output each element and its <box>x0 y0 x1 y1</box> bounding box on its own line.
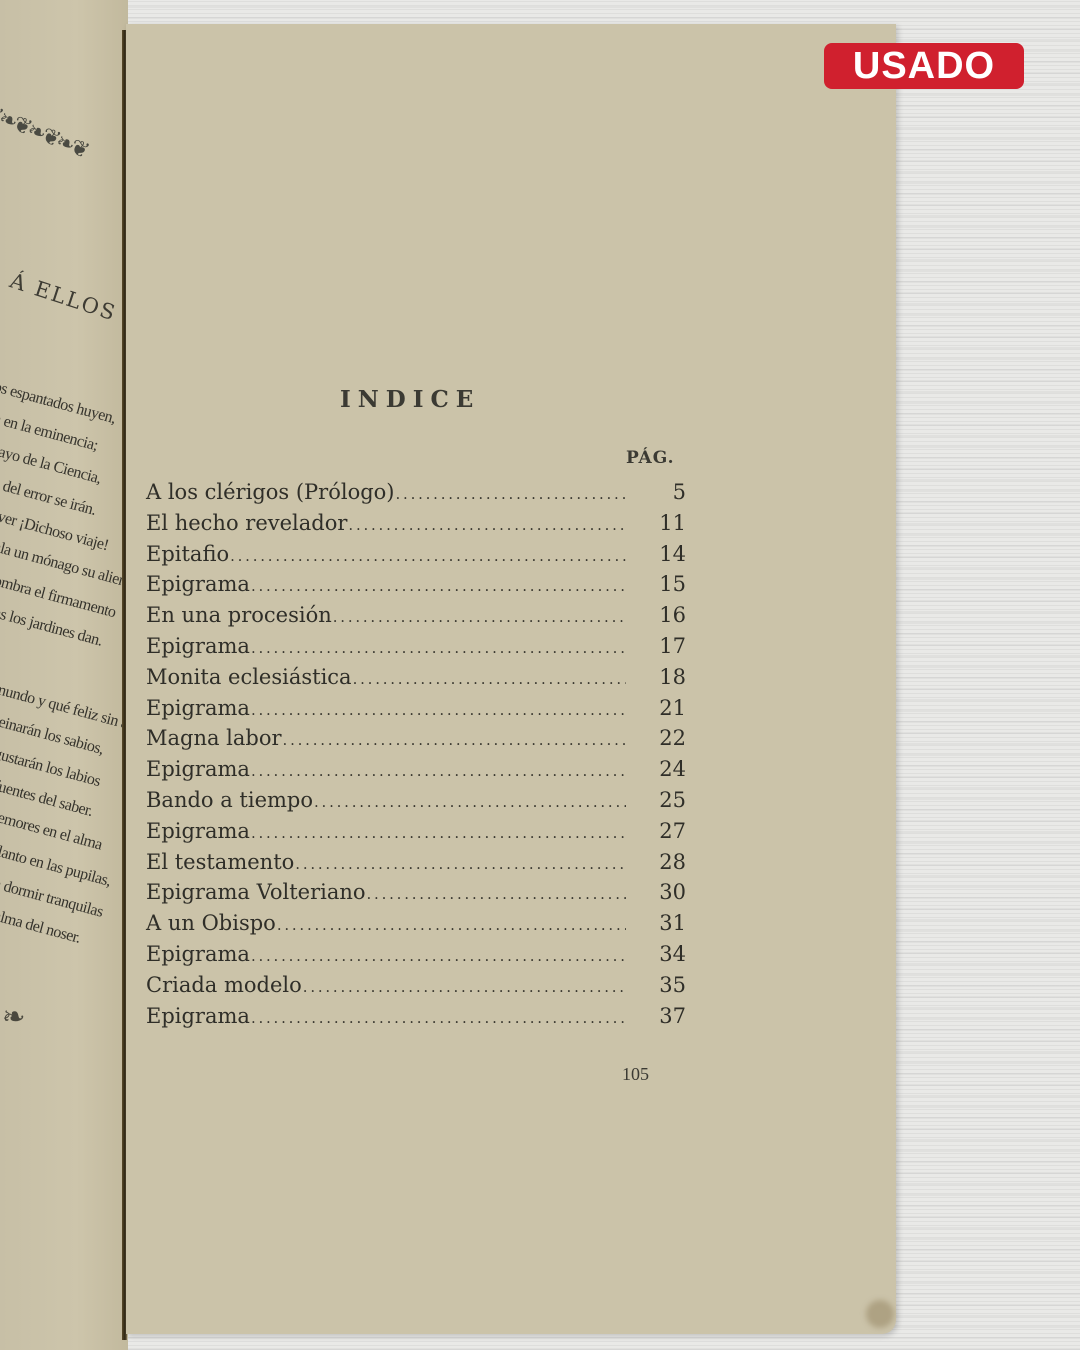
toc-entry: Epigrama34 <box>146 942 686 973</box>
toc-entry-page: 34 <box>630 942 686 966</box>
toc-entry-page: 11 <box>630 511 686 535</box>
index-page: INDICE PÁG. A los clérigos (Prólogo)5El … <box>126 24 896 1334</box>
page-number: 105 <box>622 1064 649 1085</box>
toc-entry-page: 18 <box>630 665 686 689</box>
table-of-contents: A los clérigos (Prólogo)5El hecho revela… <box>146 480 686 1034</box>
toc-entry-page: 24 <box>630 757 686 781</box>
toc-entry-title: Criada modelo <box>146 973 302 997</box>
dot-leader <box>230 547 626 565</box>
dot-leader <box>251 762 626 780</box>
flourish-ornament-icon: ❧ <box>2 1000 25 1033</box>
toc-entry: Magna labor22 <box>146 726 686 757</box>
toc-entry: El hecho revelador11 <box>146 511 686 542</box>
dot-leader <box>333 608 626 626</box>
toc-entry-title: Epigrama <box>146 634 250 658</box>
toc-entry-page: 31 <box>630 911 686 935</box>
toc-entry: Criada modelo35 <box>146 973 686 1004</box>
toc-entry-title: El hecho revelador <box>146 511 347 535</box>
toc-entry-title: Epigrama <box>146 572 250 596</box>
toc-entry: Epitafio14 <box>146 542 686 573</box>
dot-leader <box>367 885 626 903</box>
toc-entry-page: 17 <box>630 634 686 658</box>
toc-entry: Epigrama24 <box>146 757 686 788</box>
toc-entry-title: A los clérigos (Prólogo) <box>146 480 395 504</box>
toc-entry-page: 14 <box>630 542 686 566</box>
toc-entry-page: 35 <box>630 973 686 997</box>
index-title: INDICE <box>340 386 480 413</box>
toc-entry-page: 30 <box>630 880 686 904</box>
toc-entry-page: 21 <box>630 696 686 720</box>
left-facing-page: ❦❧❦❧❦❧❦ Á ELLOS os espantados huyen,a en… <box>0 0 128 1350</box>
toc-entry: Epigrama Volteriano30 <box>146 880 686 911</box>
toc-entry-page: 16 <box>630 603 686 627</box>
toc-entry-title: A un Obispo <box>146 911 276 935</box>
toc-entry-title: Monita eclesiástica <box>146 665 352 689</box>
dot-leader <box>314 793 626 811</box>
toc-entry-page: 15 <box>630 572 686 596</box>
toc-entry-title: Epigrama <box>146 819 250 843</box>
toc-entry-title: Epigrama <box>146 696 250 720</box>
toc-entry-title: Epitafio <box>146 542 229 566</box>
dot-leader <box>283 731 626 749</box>
dot-leader <box>295 855 626 873</box>
toc-entry-title: Magna labor <box>146 726 282 750</box>
toc-entry-title: El testamento <box>146 850 294 874</box>
left-page-heading: Á ELLOS <box>7 268 120 325</box>
toc-entry-page: 22 <box>630 726 686 750</box>
dot-leader <box>251 947 626 965</box>
dot-leader <box>396 485 627 503</box>
dot-leader <box>303 978 626 996</box>
toc-entry: Epigrama17 <box>146 634 686 665</box>
toc-entry-page: 28 <box>630 850 686 874</box>
toc-entry: Epigrama21 <box>146 696 686 727</box>
dot-leader <box>348 516 626 534</box>
toc-entry: En una procesión16 <box>146 603 686 634</box>
toc-entry-title: Bando a tiempo <box>146 788 313 812</box>
toc-entry: El testamento28 <box>146 850 686 881</box>
toc-entry-title: Epigrama <box>146 1004 250 1028</box>
toc-entry-page: 5 <box>630 480 686 504</box>
dot-leader <box>251 639 626 657</box>
toc-entry: Monita eclesiástica18 <box>146 665 686 696</box>
dot-leader <box>251 577 626 595</box>
toc-entry: A los clérigos (Prólogo)5 <box>146 480 686 511</box>
dot-leader <box>251 701 626 719</box>
dot-leader <box>353 670 626 688</box>
toc-entry-page: 25 <box>630 788 686 812</box>
dot-leader <box>277 916 626 934</box>
toc-entry-page: 27 <box>630 819 686 843</box>
toc-entry-page: 37 <box>630 1004 686 1028</box>
dot-leader <box>251 1009 626 1027</box>
toc-entry: Epigrama37 <box>146 1004 686 1035</box>
toc-entry: Epigrama27 <box>146 819 686 850</box>
toc-entry-title: En una procesión <box>146 603 332 627</box>
condition-badge: USADO <box>824 43 1024 89</box>
dot-leader <box>251 824 626 842</box>
toc-entry-title: Epigrama Volteriano <box>146 880 366 904</box>
floral-ornament-icon: ❦❧❦❧❦❧❦ <box>0 100 111 204</box>
toc-entry-title: Epigrama <box>146 942 250 966</box>
toc-entry-title: Epigrama <box>146 757 250 781</box>
toc-entry: A un Obispo31 <box>146 911 686 942</box>
toc-entry: Epigrama15 <box>146 572 686 603</box>
page-column-header: PÁG. <box>626 448 675 468</box>
toc-entry: Bando a tiempo25 <box>146 788 686 819</box>
